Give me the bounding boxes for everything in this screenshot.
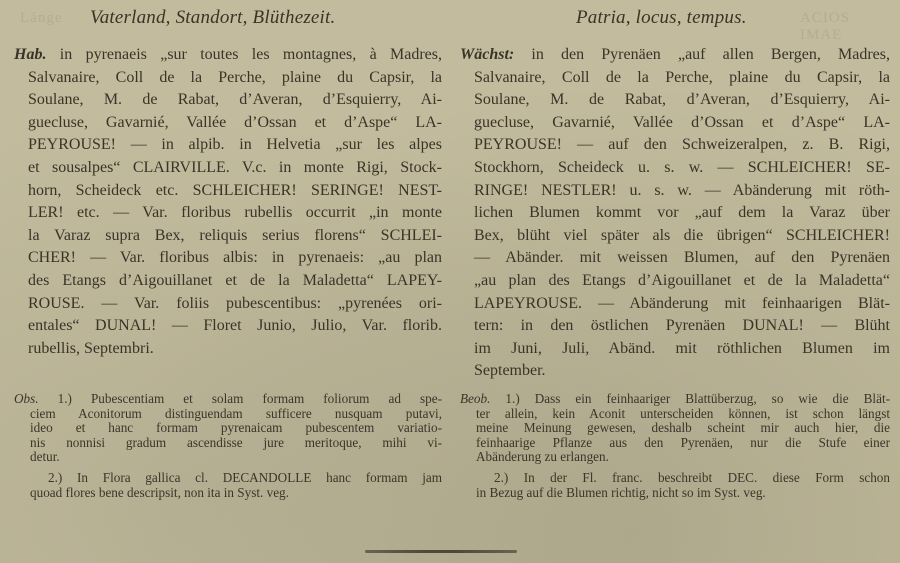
text-line: RINGE! NESTLER! u. s. w. — Abänderung mi… [460, 180, 890, 203]
text-line: — Abänder. mit weissen Blumen, auf den P… [460, 247, 890, 270]
text-line: PEYROUSE! — in alpib. in Helvetia „sur l… [14, 134, 442, 157]
book-page: Länge Vaterland, Standort, Blüthezeit. H… [0, 0, 900, 563]
column-heading: Vaterland, Standort, Blüthezeit. [90, 7, 335, 29]
faded-running-header: ACIOS IMAE [800, 10, 890, 44]
text-line: lichen Blumen kommt vor „auf dem la Vara… [460, 202, 890, 225]
text-line: im Juni, Juli, Abänd. mit röthlichen Blu… [460, 338, 890, 361]
note-line: detur. [14, 450, 442, 465]
text-line: rubellis, Septembri. [14, 338, 442, 361]
note-line: quoad flores bene descripsit, non ita in… [14, 486, 442, 501]
text-line: Wächst: in den Pyrenäen „auf allen Berge… [460, 44, 890, 67]
observations-footnote: Beob. 1.) Dass ein feinhaariger Blattübe… [460, 392, 890, 500]
column-heading: Patria, locus, tempus. [576, 7, 747, 29]
note-lead: Beob. [460, 391, 490, 406]
text-line: tern: in den östlichen Pyrenäen DUNAL! —… [460, 315, 890, 338]
text-line: PEYROUSE! — auf den Schweizeralpen, z. B… [460, 134, 890, 157]
text-line: Stockhorn, Scheideck u. s. w. — SCHLEICH… [460, 157, 890, 180]
note-line: ter allein, kein Aconit unterscheiden kö… [460, 407, 890, 422]
note-line: ciem Aconitorum distinguendam sufficere … [14, 407, 442, 422]
text-line: Soulane, M. de Rabat, d’Averan, d’Esquie… [14, 89, 442, 112]
note-lead: Obs. [14, 391, 39, 406]
text-line: Salvanaire, Coll de la Perche, plaine du… [14, 67, 442, 90]
habitat-paragraph: Hab. in pyrenaeis „sur toutes les montag… [14, 44, 442, 360]
note-line: in Bezug auf die Blumen richtig, nicht s… [460, 486, 890, 501]
text-line: LAPEYROUSE. — Abänderung mit feinhaarige… [460, 293, 890, 316]
note-line: Beob. 1.) Dass ein feinhaariger Blattübe… [460, 392, 890, 407]
note-line: Abänderung zu erlangen. [460, 450, 890, 465]
text-line: guecluse, Gavarnié, Vallée d’Ossan et d’… [460, 112, 890, 135]
faded-running-header: Länge [20, 10, 62, 27]
text-line: des Etangs d’Aigouillanet et de la Malad… [14, 270, 442, 293]
note-line: nis nonnisi gradum ascendisse jure merit… [14, 436, 442, 451]
text-line: LER! etc. — Var. floribus rubellis occur… [14, 202, 442, 225]
text-line: guecluse, Gavarnié, Vallée d’Ossan et d’… [14, 112, 442, 135]
text-line: horn, Scheideck etc. SCHLEICHER! SERINGE… [14, 180, 442, 203]
note-line: Obs. 1.) Pubescentiam et solam formam fo… [14, 392, 442, 407]
text-line: Bex, blüht viel später als die übrigen“ … [460, 225, 890, 248]
paragraph-lead: Hab. [14, 46, 46, 63]
note-line: ideo et hanc formam pyrenaicam pubescent… [14, 421, 442, 436]
text-line: Hab. in pyrenaeis „sur toutes les montag… [14, 44, 442, 67]
text-line: et sousalpes“ CLAIRVILLE. V.c. in monte … [14, 157, 442, 180]
text-line: CHER! — Var. floribus albis: in pyrenaei… [14, 247, 442, 270]
note-line: feinhaarige Pflanze aus den Pyrenäen, nu… [460, 436, 890, 451]
paragraph-lead: Wächst: [460, 46, 514, 63]
text-line: ROUSE. — Var. foliis pubescentibus: „pyr… [14, 293, 442, 316]
text-line: entales“ DUNAL! — Floret Junio, Julio, V… [14, 315, 442, 338]
observations-footnote: Obs. 1.) Pubescentiam et solam formam fo… [14, 392, 442, 500]
section-divider-rule [365, 550, 517, 553]
text-line: Soulane, M. de Rabat, d’Averan, d’Esquie… [460, 89, 890, 112]
text-line: „au plan des Etangs d’Aigouillanet et de… [460, 270, 890, 293]
text-line: la Varaz supra Bex, reliquis serius flor… [14, 225, 442, 248]
text-line: Salvanaire, Coll de la Perche, plaine du… [460, 67, 890, 90]
note-line: meine Meinung gewesen, deshalb scheint m… [460, 421, 890, 436]
habitat-paragraph: Wächst: in den Pyrenäen „auf allen Berge… [460, 44, 890, 383]
text-line: September. [460, 360, 890, 383]
note-line: 2.) In der Fl. franc. beschreibt DEC. di… [460, 471, 890, 486]
note-line: 2.) In Flora gallica cl. DECANDOLLE hanc… [14, 471, 442, 486]
